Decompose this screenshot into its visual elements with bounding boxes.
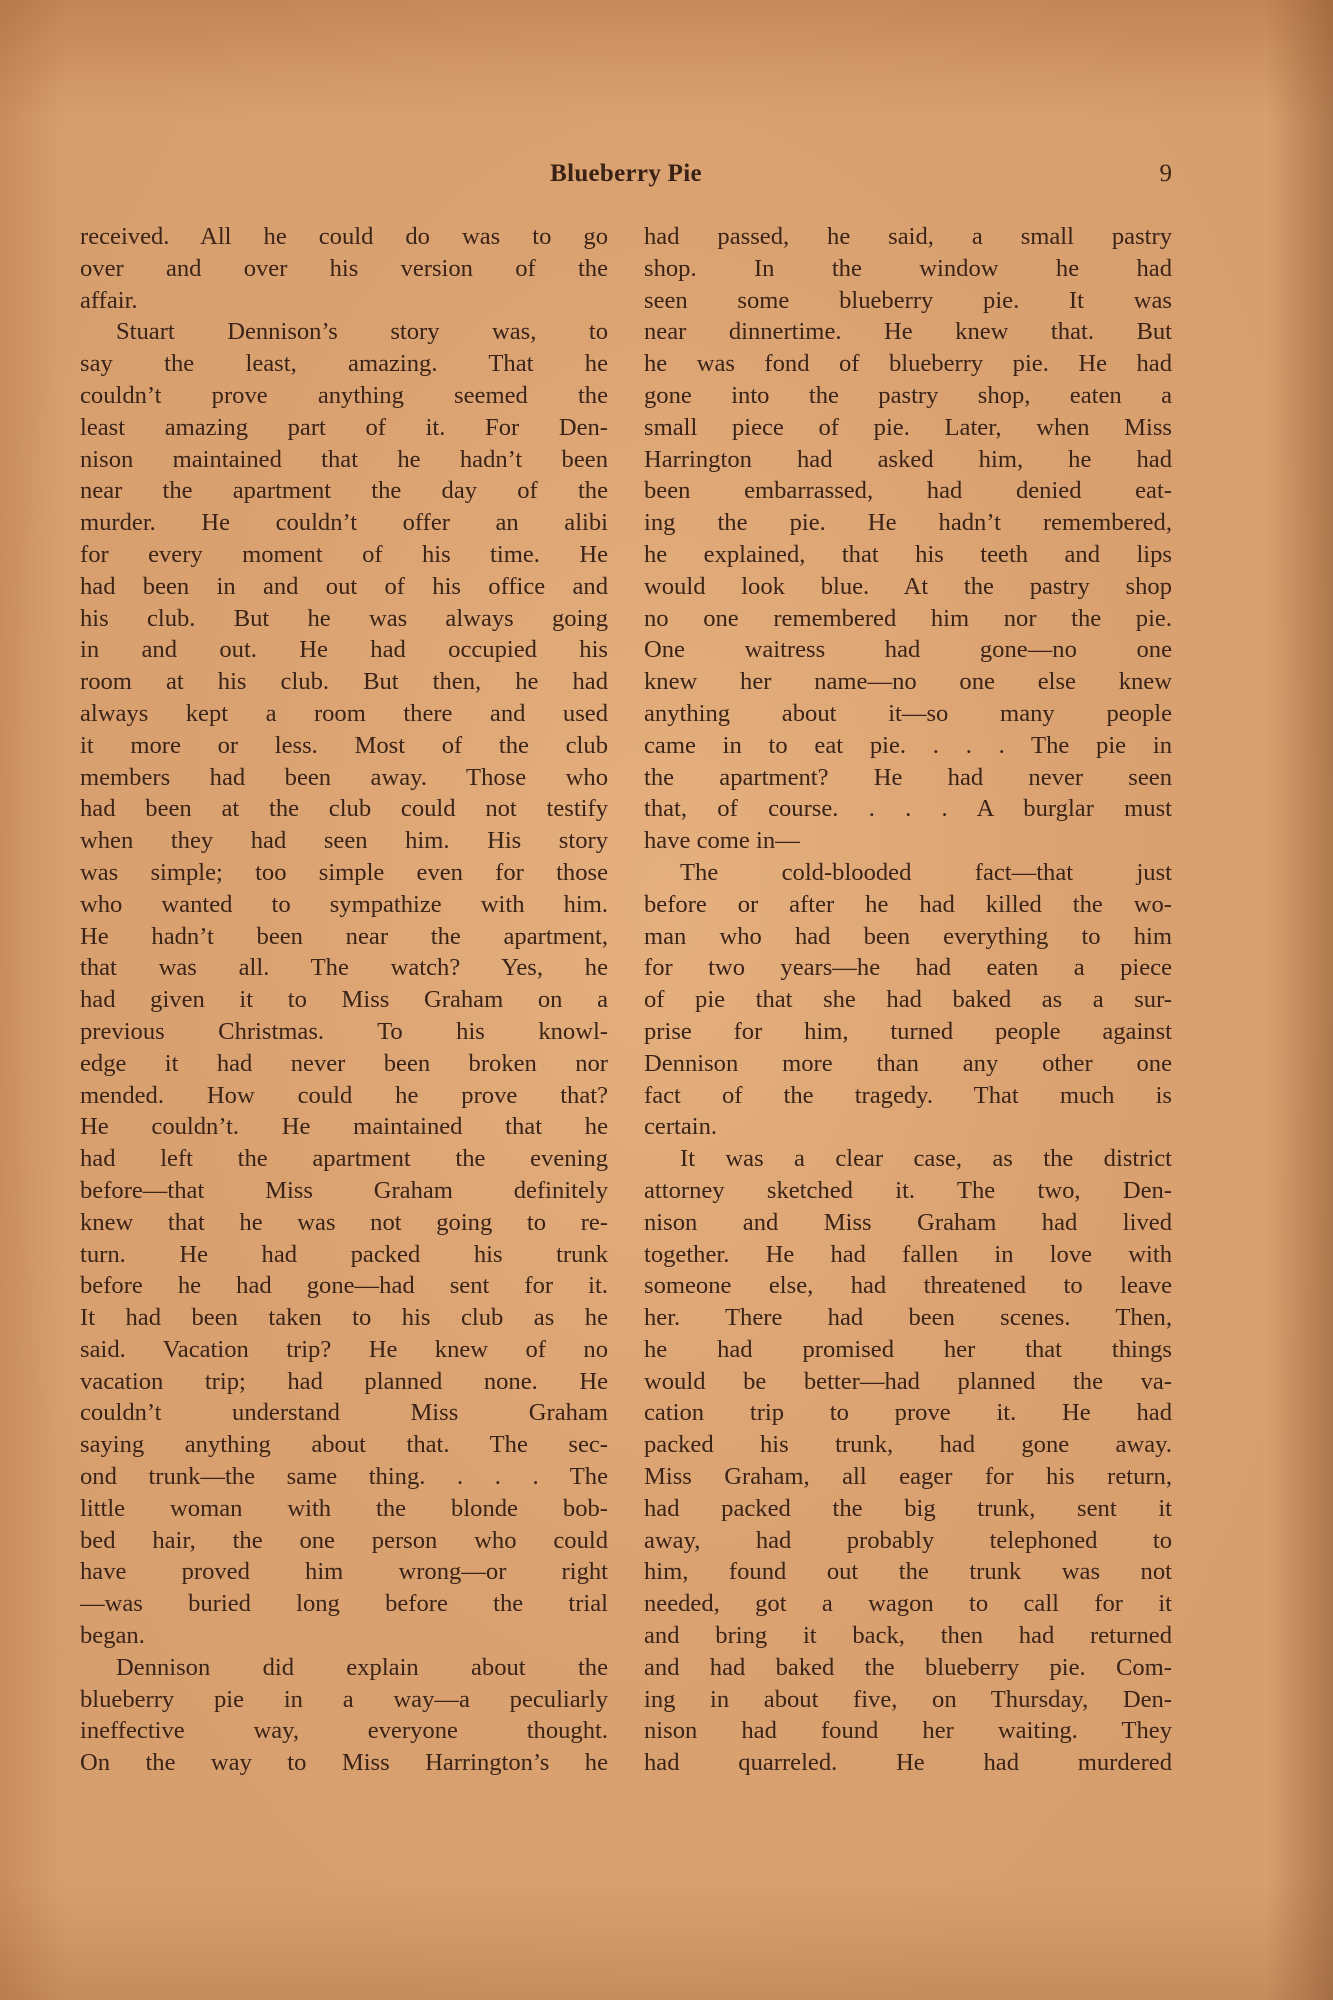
text-line: blueberry pie in a way—a peculiarly bbox=[80, 1684, 608, 1716]
text-line: over and over his version of the bbox=[80, 253, 608, 285]
text-line: turn. He had packed his trunk bbox=[80, 1239, 608, 1271]
text-line: One waitress had gone—no one bbox=[644, 634, 1172, 666]
text-line: he explained, that his teeth and lips bbox=[644, 539, 1172, 571]
text-line: Dennison did explain about the bbox=[80, 1652, 608, 1684]
text-line: cation trip to prove it. He had bbox=[644, 1397, 1172, 1429]
text-line: was simple; too simple even for those bbox=[80, 857, 608, 889]
left-text-column: received. All he could do was to goover … bbox=[80, 221, 608, 1779]
text-line: couldn’t prove anything seemed the bbox=[80, 380, 608, 412]
text-line: been embarrassed, had denied eat- bbox=[644, 475, 1172, 507]
text-line: affair. bbox=[80, 285, 608, 317]
text-line: nison maintained that he hadn’t been bbox=[80, 444, 608, 476]
text-line: least amazing part of it. For Den- bbox=[80, 412, 608, 444]
text-line: man who had been everything to him bbox=[644, 921, 1172, 953]
text-line: who wanted to sympathize with him. bbox=[80, 889, 608, 921]
text-line: nison and Miss Graham had lived bbox=[644, 1207, 1172, 1239]
text-line: had packed the big trunk, sent it bbox=[644, 1493, 1172, 1525]
text-line: have come in— bbox=[644, 825, 1172, 857]
text-line: attorney sketched it. The two, Den- bbox=[644, 1175, 1172, 1207]
text-line: had given it to Miss Graham on a bbox=[80, 984, 608, 1016]
text-line: someone else, had threatened to leave bbox=[644, 1270, 1172, 1302]
text-line: had been in and out of his office and bbox=[80, 571, 608, 603]
page-number: 9 bbox=[1160, 160, 1173, 188]
text-line: knew that he was not going to re- bbox=[80, 1207, 608, 1239]
text-line: nison had found her waiting. They bbox=[644, 1715, 1172, 1747]
text-line: He hadn’t been near the apartment, bbox=[80, 921, 608, 953]
text-line: and had baked the blueberry pie. Com- bbox=[644, 1652, 1172, 1684]
text-line: fact of the tragedy. That much is bbox=[644, 1080, 1172, 1112]
right-text-column: had passed, he said, a small pastryshop.… bbox=[644, 221, 1172, 1779]
text-line: ing the pie. He hadn’t remembered, bbox=[644, 507, 1172, 539]
text-line: Stuart Dennison’s story was, to bbox=[80, 316, 608, 348]
text-line: began. bbox=[80, 1620, 608, 1652]
text-line: room at his club. But then, he had bbox=[80, 666, 608, 698]
text-line: and bring it back, then had returned bbox=[644, 1620, 1172, 1652]
text-line: of pie that she had baked as a sur- bbox=[644, 984, 1172, 1016]
text-line: had passed, he said, a small pastry bbox=[644, 221, 1172, 253]
text-line: had left the apartment the evening bbox=[80, 1143, 608, 1175]
text-line: prise for him, turned people against bbox=[644, 1016, 1172, 1048]
text-line: no one remembered him nor the pie. bbox=[644, 603, 1172, 635]
text-line: He couldn’t. He maintained that he bbox=[80, 1111, 608, 1143]
text-line: Miss Graham, all eager for his return, bbox=[644, 1461, 1172, 1493]
text-line: small piece of pie. Later, when Miss bbox=[644, 412, 1172, 444]
text-line: near dinnertime. He knew that. But bbox=[644, 316, 1172, 348]
text-line: received. All he could do was to go bbox=[80, 221, 608, 253]
text-line: would look blue. At the pastry shop bbox=[644, 571, 1172, 603]
text-line: gone into the pastry shop, eaten a bbox=[644, 380, 1172, 412]
text-line: had been at the club could not testify bbox=[80, 793, 608, 825]
text-line: members had been away. Those who bbox=[80, 762, 608, 794]
text-line: his club. But he was always going bbox=[80, 603, 608, 635]
text-line: before—that Miss Graham definitely bbox=[80, 1175, 608, 1207]
text-line: Dennison more than any other one bbox=[644, 1048, 1172, 1080]
text-line: when they had seen him. His story bbox=[80, 825, 608, 857]
text-line: anything about it—so many people bbox=[644, 698, 1172, 730]
text-line: ineffective way, everyone thought. bbox=[80, 1715, 608, 1747]
text-line: needed, got a wagon to call for it bbox=[644, 1588, 1172, 1620]
running-header: Blueberry Pie 9 bbox=[80, 160, 1172, 194]
text-line: murder. He couldn’t offer an alibi bbox=[80, 507, 608, 539]
text-line: near the apartment the day of the bbox=[80, 475, 608, 507]
text-line: for every moment of his time. He bbox=[80, 539, 608, 571]
text-line: her. There had been scenes. Then, bbox=[644, 1302, 1172, 1334]
text-line: would be better—had planned the va- bbox=[644, 1366, 1172, 1398]
text-line: for two years—he had eaten a piece bbox=[644, 952, 1172, 984]
text-line: him, found out the trunk was not bbox=[644, 1556, 1172, 1588]
text-line: he had promised her that things bbox=[644, 1334, 1172, 1366]
text-line: knew her name—no one else knew bbox=[644, 666, 1172, 698]
text-line: ond trunk—the same thing. . . . The bbox=[80, 1461, 608, 1493]
text-line: little woman with the blonde bob- bbox=[80, 1493, 608, 1525]
running-title: Blueberry Pie bbox=[80, 160, 1172, 188]
text-line: ing in about five, on Thursday, Den- bbox=[644, 1684, 1172, 1716]
text-line: he was fond of blueberry pie. He had bbox=[644, 348, 1172, 380]
text-line: say the least, amazing. That he bbox=[80, 348, 608, 380]
text-line: away, had probably telephoned to bbox=[644, 1525, 1172, 1557]
text-line: saying anything about that. The sec- bbox=[80, 1429, 608, 1461]
text-line: had quarreled. He had murdered bbox=[644, 1747, 1172, 1779]
text-line: always kept a room there and used bbox=[80, 698, 608, 730]
text-line: before or after he had killed the wo- bbox=[644, 889, 1172, 921]
text-line: came in to eat pie. . . . The pie in bbox=[644, 730, 1172, 762]
text-line: that, of course. . . . A burglar must bbox=[644, 793, 1172, 825]
text-line: the apartment? He had never seen bbox=[644, 762, 1172, 794]
text-line: couldn’t understand Miss Graham bbox=[80, 1397, 608, 1429]
text-line: Harrington had asked him, he had bbox=[644, 444, 1172, 476]
text-line: It was a clear case, as the district bbox=[644, 1143, 1172, 1175]
text-line: seen some blueberry pie. It was bbox=[644, 285, 1172, 317]
text-line: before he had gone—had sent for it. bbox=[80, 1270, 608, 1302]
text-line: edge it had never been broken nor bbox=[80, 1048, 608, 1080]
text-line: mended. How could he prove that? bbox=[80, 1080, 608, 1112]
book-page: Blueberry Pie 9 received. All he could d… bbox=[0, 0, 1333, 2000]
text-line: packed his trunk, had gone away. bbox=[644, 1429, 1172, 1461]
text-line: in and out. He had occupied his bbox=[80, 634, 608, 666]
text-line: —was buried long before the trial bbox=[80, 1588, 608, 1620]
text-line: that was all. The watch? Yes, he bbox=[80, 952, 608, 984]
text-line: vacation trip; had planned none. He bbox=[80, 1366, 608, 1398]
text-line: together. He had fallen in love with bbox=[644, 1239, 1172, 1271]
text-line: On the way to Miss Harrington’s he bbox=[80, 1747, 608, 1779]
text-line: it more or less. Most of the club bbox=[80, 730, 608, 762]
text-line: said. Vacation trip? He knew of no bbox=[80, 1334, 608, 1366]
text-line: previous Christmas. To his knowl- bbox=[80, 1016, 608, 1048]
text-line: certain. bbox=[644, 1111, 1172, 1143]
text-line: have proved him wrong—or right bbox=[80, 1556, 608, 1588]
text-line: bed hair, the one person who could bbox=[80, 1525, 608, 1557]
text-line: It had been taken to his club as he bbox=[80, 1302, 608, 1334]
text-line: shop. In the window he had bbox=[644, 253, 1172, 285]
text-line: The cold-blooded fact—that just bbox=[644, 857, 1172, 889]
